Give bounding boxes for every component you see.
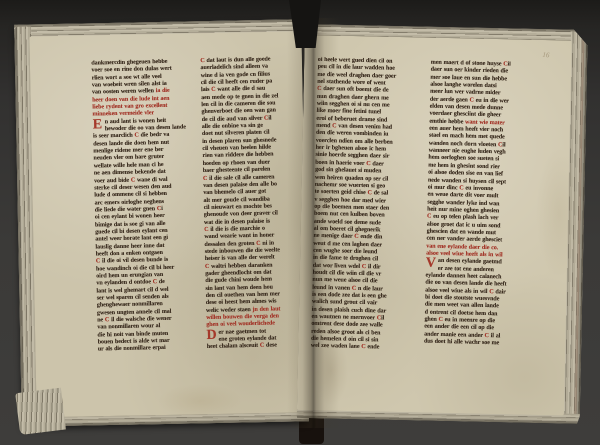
left-page-textblock: dankmercdin ghegeuen hebbevoer soe en ri… xyxy=(13,19,309,427)
left-page: dankmercdin ghegeuen hebbevoer soe en ri… xyxy=(14,19,309,426)
left-page-column-1: dankmercdin ghegeuen hebbevoer soe en ri… xyxy=(91,58,197,358)
right-page-textblock: oi heele wert gued dien cil onpeu cil in… xyxy=(296,24,589,425)
photo-background: dankmercdin ghegeuen hebbevoer soe en ri… xyxy=(0,0,600,445)
right-page-column-2: men maert d of stone huyse Cildaer sun o… xyxy=(424,60,532,360)
manuscript-book: dankmercdin ghegeuen hebbevoer soe en ri… xyxy=(18,18,588,428)
left-page-column-2: C dat laut is dun alle goedeauerladelich… xyxy=(200,56,307,356)
right-page: 16 oi heele wert gued dien cil onpeu cil… xyxy=(297,24,588,424)
right-page-column-1: oi heele wert gued dien cil onpeu cil in… xyxy=(311,57,419,357)
